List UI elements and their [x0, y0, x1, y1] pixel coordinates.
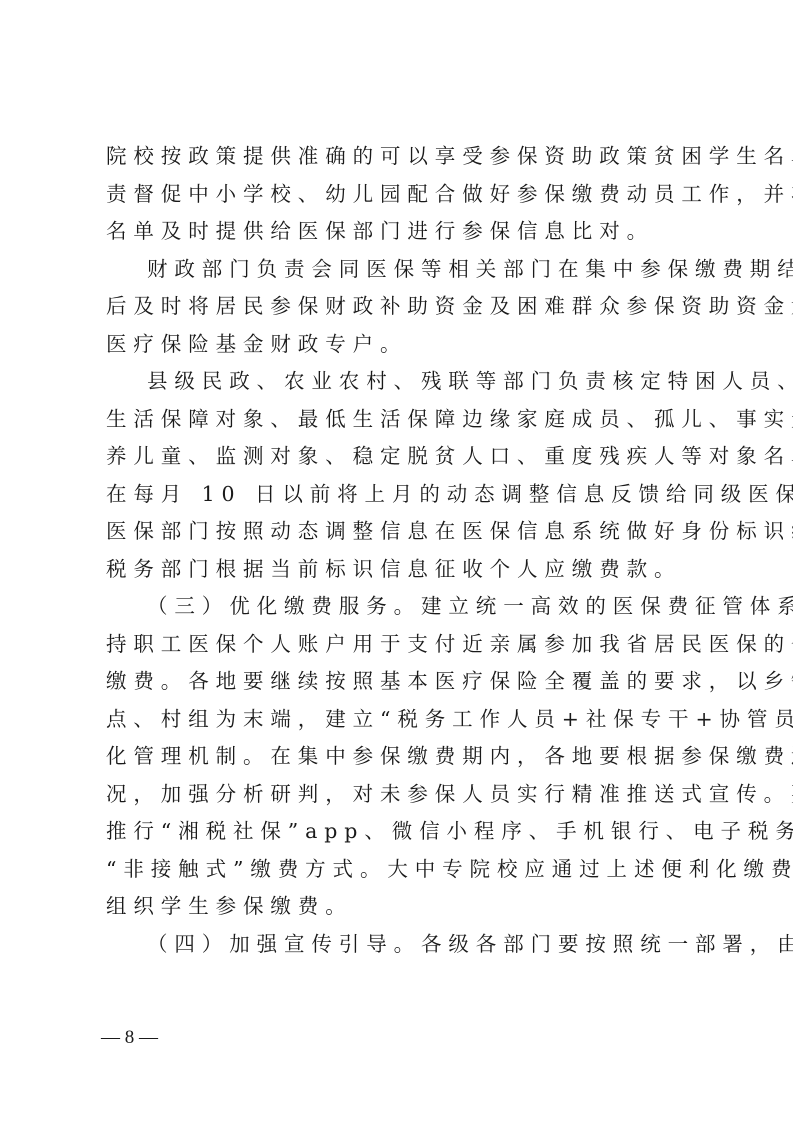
text-run: 建立统一高效的医保费征管体系。支 — [421, 594, 793, 618]
document-page: 院校按政策提供准确的可以享受参保资助政策贫困学生名单。负 责督促中小学校、幼儿园… — [0, 0, 793, 1122]
text-line: “非接触式”缴费方式。大中专院校应通过上述便利化缴费渠道 — [106, 851, 692, 889]
section-heading-4: （四）加强宣传引导。 — [147, 932, 421, 956]
text-run: 各级各部门要按照统一部署，由医保 — [421, 932, 793, 956]
section-heading-3: （三）优化缴费服务。 — [147, 594, 421, 618]
text-line: 财政部门负责会同医保等相关部门在集中参保缴费期结束 — [106, 251, 692, 289]
text-line: 责督促中小学校、幼儿园配合做好参保缴费动员工作，并将人员 — [106, 176, 692, 214]
text-line: 持职工医保个人账户用于支付近亲属参加我省居民医保的个人 — [106, 626, 692, 664]
text-line: 在每月 10 日以前将上月的动态调整信息反馈给同级医保部门， — [106, 476, 692, 514]
text-line: 名单及时提供给医保部门进行参保信息比对。 — [106, 213, 692, 251]
page-number: — 8 — — [101, 1027, 158, 1049]
text-line: 县级民政、农业农村、残联等部门负责核定特困人员、最低 — [106, 363, 692, 401]
text-line: 医疗保险基金财政专户。 — [106, 326, 692, 364]
text-line: 养儿童、监测对象、稳定脱贫人口、重度残疾人等对象名单，并 — [106, 438, 692, 476]
text-line: 院校按政策提供准确的可以享受参保资助政策贫困学生名单。负 — [106, 138, 692, 176]
text-line: 生活保障对象、最低生活保障边缘家庭成员、孤儿、事实无人抚 — [106, 401, 692, 439]
text-line: 税务部门根据当前标识信息征收个人应缴费款。 — [106, 551, 692, 589]
text-line: 后及时将居民参保财政补助资金及困难群众参保资助资金划入 — [106, 288, 692, 326]
text-line: 点、村组为末端，建立“税务工作人员+社保专干+协管员”网格 — [106, 701, 692, 739]
text-line: 化管理机制。在集中参保缴费期内，各地要根据参保缴费进度情 — [106, 738, 692, 776]
text-line: 组织学生参保缴费。 — [106, 888, 692, 926]
text-line: 缴费。各地要继续按照基本医疗保险全覆盖的要求，以乡镇为支 — [106, 663, 692, 701]
document-body: 院校按政策提供准确的可以享受参保资助政策贫困学生名单。负 责督促中小学校、幼儿园… — [106, 138, 692, 963]
text-line: 医保部门按照动态调整信息在医保信息系统做好身份标识维护， — [106, 513, 692, 551]
section-heading-line: （三）优化缴费服务。建立统一高效的医保费征管体系。支 — [106, 588, 692, 626]
text-line: 推行“湘税社保”app、微信小程序、手机银行、电子税务局等 — [106, 813, 692, 851]
section-heading-line: （四）加强宣传引导。各级各部门要按照统一部署，由医保 — [106, 926, 692, 964]
text-line: 况，加强分析研判，对未参保人员实行精准推送式宣传。要大力 — [106, 776, 692, 814]
